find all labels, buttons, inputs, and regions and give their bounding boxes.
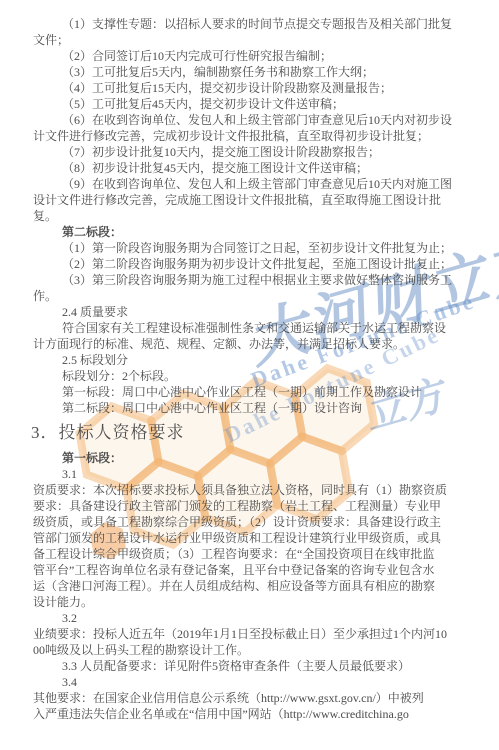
text-line: 资质要求：本次招标要求投标人须具备独立法人资格，同时具有（1）勘察资质 [33, 482, 473, 498]
text-line: 标段划分：2个标段。 [33, 368, 473, 384]
text-line: 计文件进行修改完善，完成初步设计文件报批稿，直至取得初步设计批复； [33, 128, 473, 144]
text-line: 作。 [33, 288, 473, 304]
text-line: 3.2 [33, 610, 473, 626]
text-line: 第一标段：周口中心港中心作业区工程（一期）前期工作及勘察设计 [33, 384, 473, 400]
text-line: （8）初步设计批复45天内，提交施工图设计文件送审稿； [33, 160, 473, 176]
text-line: 第二标段：周口中心港中心作业区工程（一期）设计咨询 [33, 400, 473, 416]
document-body: （1）支撑性专题：以招标人要求的时间节点提交专题报告及相关部门批复文件；（2）合… [33, 16, 473, 722]
text-line: 符合国家有关工程建设标准强制性条文和交通运输部关于水运工程勘察设 [33, 320, 473, 336]
text-line: 业绩要求：投标人近五年（2019年1月1日至投标截止日）至少承担过1个内河10 [33, 626, 473, 642]
text-line: 入严重违法失信企业名单或在“信用中国”网站（http://www.creditc… [33, 706, 473, 722]
text-line: （3）第三阶段咨询服务期为施工过程中根据业主要求做好整体咨询服务工 [33, 272, 473, 288]
text-line: （2）第二阶段咨询服务期为初步设计文件批复起，至施工图设计批复止； [33, 256, 473, 272]
text-line: 备工程设计综合甲级资质；（3）工程咨询要求：在“全国投资项目在线审批监 [33, 546, 473, 562]
text-line: 3.1 [33, 466, 473, 482]
text-line: 3.3 人员配备要求：详见附件5资格审查条件（主要人员最低要求） [33, 658, 473, 674]
text-line: 管平台”工程咨询单位名录有登记备案，且平台中登记备案的咨询专业包含水 [33, 562, 473, 578]
document-page: 大河财立方 立方 Dahe Fortune Cube Dahe Fortune … [0, 0, 499, 750]
subsection-label: 第一标段： [33, 450, 473, 466]
text-line: （2）合同签订后10天内完成可行性研究报告编制； [33, 48, 473, 64]
text-line: （3）工可批复后5天内，编制勘察任务书和勘察工作大纲； [33, 64, 473, 80]
text-line: 3.4 [33, 674, 473, 690]
text-line: （4）工可批复后15天内，提交初步设计阶段勘察及测量报告； [33, 80, 473, 96]
text-line: 管部门颁发的工程设计水运行业甲级资质和工程设计建筑行业甲级资质，或具 [33, 530, 473, 546]
text-line: 要求：具备建设行政主管部门颁发的工程勘察（岩土工程、工程测量）专业甲 [33, 498, 473, 514]
text-line: 设计文件进行修改完善，完成施工图设计文件报批稿，直至取得施工图设计批 [33, 192, 473, 208]
text-line: （6）在收到咨询单位、发包人和上级主管部门审查意见后10天内对初步设 [33, 112, 473, 128]
text-line: 设计能力。 [33, 594, 473, 610]
text-line: 级资质，或具备工程勘察综合甲级资质；（2）设计资质要求：具备建设行政主 [33, 514, 473, 530]
text-line: 其他要求：在国家企业信用信息公示系统（http://www.gsxt.gov.c… [33, 690, 473, 706]
text-line: （1）第一阶段咨询服务期为合同签订之日起，至初步设计文件批复为止； [33, 240, 473, 256]
text-line: 运（含港口河海工程）。并在人员组成结构、相应设备等方面具有相应的勘察 [33, 578, 473, 594]
subsection-label: 第二标段： [33, 224, 473, 240]
text-line: （1）支撑性专题：以招标人要求的时间节点提交专题报告及相关部门批复 [33, 16, 473, 32]
text-line: 计方面现行的标准、规范、规程、定额、办法等，并满足招标人要求。 [33, 336, 473, 352]
text-line: 2.5 标段划分 [33, 352, 473, 368]
text-line: 00吨级及以上码头工程的勘察设计工作。 [33, 642, 473, 658]
text-line: 复。 [33, 208, 473, 224]
text-line: 2.4 质量要求 [33, 304, 473, 320]
text-line: （5）工可批复后45天内，提交初步设计文件送审稿； [33, 96, 473, 112]
text-line: （9）在收到咨询单位、发包人和上级主管部门审查意见后10天内对施工图 [33, 176, 473, 192]
section-heading: 3．投标人资格要求 [31, 420, 473, 446]
text-line: （7）初步设计批复10天内，提交施工图设计阶段勘察报告； [33, 144, 473, 160]
text-line: 文件； [33, 32, 473, 48]
